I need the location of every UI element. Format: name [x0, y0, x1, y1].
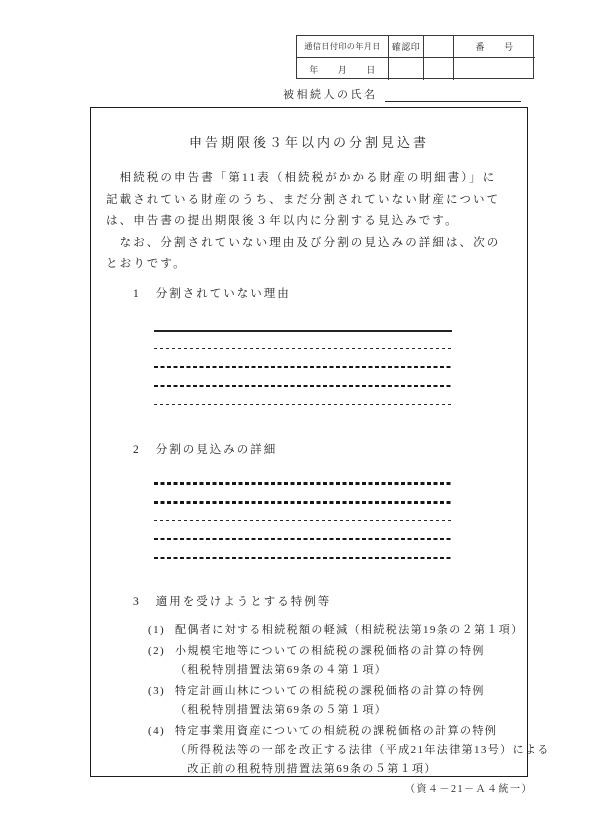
section-3-number: 3: [133, 596, 141, 608]
item-text-line: 小規模宅地等についての相続税の課税価格の計算の特例: [175, 642, 519, 661]
number-header: 番 号: [475, 40, 513, 53]
item-text: 特定計画山林についての相続税の課税価格の計算の特例 （租税特別措置法第69条の５…: [175, 682, 519, 720]
ruled-line: [154, 385, 452, 388]
stamp-date-header-cell: 通信日付印の年月日: [297, 36, 389, 58]
stamp-date-entry-cell: 年 月 日: [297, 58, 389, 80]
item-text-line: （所得税法等の一部を改正する法律（平成21年法律第13号）による: [175, 741, 550, 760]
list-item: (2) 小規模宅地等についての相続税の課税価格の計算の特例 （租税特別措置法第6…: [148, 642, 519, 680]
paragraph-line: なお、分割されていない理由及び分割の見込みの詳細は、次の: [106, 233, 517, 255]
stamp-table: 通信日付印の年月日 確認印 番 号 年 月 日: [296, 35, 534, 79]
ruled-line: [154, 557, 452, 560]
ruled-line: [154, 348, 452, 349]
ruled-line: [154, 330, 452, 332]
item-number: (3): [148, 682, 175, 720]
ruled-line: [154, 404, 452, 405]
list-item: (1) 配偶者に対する相続税額の軽減（相続税法第19条の２第１項）: [148, 621, 519, 640]
number-entry-cell: [454, 58, 535, 80]
section-3-heading: 3適用を受けようとする特例等: [133, 593, 331, 609]
decedent-name-label: 被相続人の氏名: [283, 86, 378, 102]
document-title: 申告期限後３年以内の分割見込書: [91, 132, 527, 151]
document-page: 通信日付印の年月日 確認印 番 号 年 月 日 被相続人の氏名 申告期限後３年以…: [0, 0, 591, 836]
item-number: (2): [148, 642, 175, 680]
item-text-line: （租税特別措置法第69条の４第１項）: [175, 661, 519, 680]
item-text-line: 特定計画山林についての相続税の課税価格の計算の特例: [175, 682, 519, 701]
ruled-line: [154, 520, 452, 521]
item-number: (1): [148, 621, 175, 640]
paragraph-line: とおりです。: [106, 254, 517, 276]
number-header-cell: 番 号: [454, 36, 535, 58]
empty-cell: [424, 36, 454, 58]
stamp-date-placeholder: 年 月 日: [309, 63, 376, 76]
paragraph-line: 記載されている財産のうち、まだ分割されていない財産について: [106, 190, 517, 212]
decedent-name-write-line: [385, 87, 521, 102]
ruled-line: [154, 482, 452, 485]
paragraph-line: 相続税の申告書「第11表（相続税がかかる財産の明細書）」に: [106, 168, 517, 190]
list-item: (3) 特定計画山林についての相続税の課税価格の計算の特例 （租税特別措置法第6…: [148, 682, 519, 720]
item-text-line: 特定事業用資産についての相続税の課税価格の計算の特例: [175, 722, 550, 741]
confirm-seal-header-cell: 確認印: [389, 36, 424, 58]
confirm-seal-header: 確認印: [392, 40, 421, 53]
empty-cell: [424, 58, 454, 80]
section-2-title: 分割の見込みの詳細: [156, 444, 278, 456]
document-frame: 申告期限後３年以内の分割見込書 相続税の申告書「第11表（相続税がかかる財産の明…: [90, 107, 528, 777]
section-2-number: 2: [133, 444, 141, 456]
item-text-line: （租税特別措置法第69条の５第１項）: [175, 701, 519, 720]
ruled-line: [154, 366, 452, 369]
item-text: 配偶者に対する相続税額の軽減（相続税法第19条の２第１項）: [175, 621, 524, 640]
form-reference-code: （資４－21－Ａ４統一）: [405, 780, 533, 795]
decedent-name-row: 被相続人の氏名: [283, 86, 533, 102]
ruled-line: [154, 501, 452, 504]
item-text-line: 配偶者に対する相続税額の軽減（相続税法第19条の２第１項）: [175, 621, 524, 640]
item-number: (4): [148, 722, 175, 779]
stamp-date-header: 通信日付印の年月日: [304, 41, 380, 52]
section-1-write-lines: [154, 330, 452, 421]
section-2-write-lines: [154, 482, 452, 576]
confirm-seal-entry-cell: [389, 58, 424, 80]
intro-paragraph: 相続税の申告書「第11表（相続税がかかる財産の明細書）」に 記載されている財産の…: [106, 168, 517, 276]
section-2-heading: 2分割の見込みの詳細: [133, 441, 277, 457]
item-text-line: 改正前の租税特別措置法第69条の５第１項）: [175, 760, 550, 779]
section-1-number: 1: [133, 288, 141, 300]
section-3-title: 適用を受けようとする特例等: [156, 596, 332, 608]
section-1-title: 分割されていない理由: [156, 288, 291, 300]
section-1-heading: 1分割されていない理由: [133, 285, 291, 301]
special-provision-list: (1) 配偶者に対する相続税額の軽減（相続税法第19条の２第１項） (2) 小規…: [148, 621, 519, 781]
item-text: 特定事業用資産についての相続税の課税価格の計算の特例 （所得税法等の一部を改正す…: [175, 722, 550, 779]
list-item: (4) 特定事業用資産についての相続税の課税価格の計算の特例 （所得税法等の一部…: [148, 722, 519, 779]
item-text: 小規模宅地等についての相続税の課税価格の計算の特例 （租税特別措置法第69条の４…: [175, 642, 519, 680]
ruled-line: [154, 538, 452, 541]
paragraph-line: は、申告書の提出期限後３年以内に分割する見込みです。: [106, 211, 517, 233]
